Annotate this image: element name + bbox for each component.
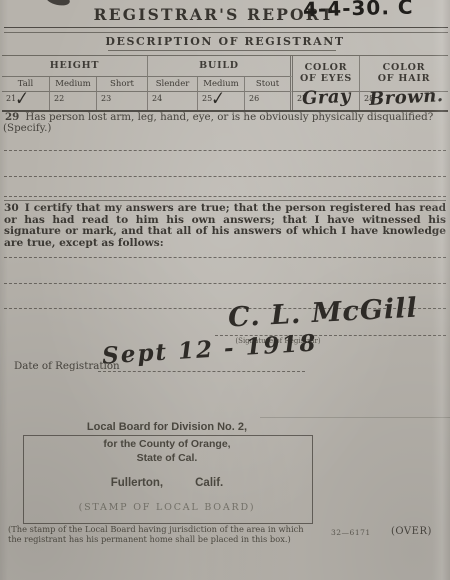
height-group-header: HEIGHT <box>2 56 148 77</box>
answer-ruled-line <box>4 257 446 258</box>
question-30-number: 30 <box>4 202 19 214</box>
cell-number: 24 <box>152 94 162 103</box>
stamp-line-city: Fullerton, Calif. <box>23 477 311 489</box>
registration-date-handwritten: Sept 12 - 1918 <box>101 329 318 369</box>
stamp-line-state: State of Cal. <box>23 452 311 464</box>
eyes-color-handwritten: Gray <box>301 86 351 110</box>
stamp-instruction-note: (The stamp of the Local Board having jur… <box>8 525 310 545</box>
hair-color-handwritten: Brown. <box>369 85 445 110</box>
question-30-text: I certify that my answers are true; that… <box>4 202 446 249</box>
build-group-header: BUILD <box>148 56 293 77</box>
cell-24-slender: 24 <box>148 92 198 110</box>
over-label: (OVER) <box>391 526 432 537</box>
cell-21-tall: 21 ✓ <box>2 92 50 110</box>
answer-ruled-line <box>4 150 446 151</box>
date-line <box>98 371 305 372</box>
cell-25-medium-build: 25 ✓ <box>198 92 245 110</box>
stamp-state-abbrev: Calif. <box>195 477 223 489</box>
subheader-slender: Slender <box>148 77 198 92</box>
cell-28-hair: 28 Brown. <box>360 92 448 110</box>
cell-number: 26 <box>249 94 259 103</box>
answer-ruled-line <box>4 176 446 177</box>
stamp-line-county: for the County of Orange, <box>23 438 311 450</box>
form-number: 32—6171 <box>331 528 371 537</box>
question-29: 29Has person lost arm, leg, hand, eye, o… <box>5 111 448 123</box>
description-table: HEIGHT BUILD COLOR OF EYES COLOR OF HAIR… <box>2 55 448 112</box>
cell-number: 23 <box>101 94 111 103</box>
registrar-report-card: REGISTRAR'S REPORT 4-4-30. C DESCRIPTION… <box>0 0 450 580</box>
stamp-caption: (STAMP OF LOCAL BOARD) <box>23 502 311 513</box>
subheader-stout: Stout <box>245 77 293 92</box>
subheader-short: Short <box>97 77 148 92</box>
subheader-medium-height: Medium <box>50 77 97 92</box>
section-title: DESCRIPTION OF REGISTRANT <box>0 35 450 48</box>
answer-ruled-line <box>4 196 446 197</box>
cell-27-eyes: 27 Gray <box>293 92 360 110</box>
faint-rule <box>260 417 450 418</box>
cell-23-short: 23 <box>97 92 148 110</box>
question-30: 30I certify that my answers are true; th… <box>4 203 446 250</box>
cell-26-stout: 26 <box>245 92 293 110</box>
stamp-city: Fullerton, <box>111 477 163 489</box>
checkmark-tall: ✓ <box>15 87 29 110</box>
checkmark-medium-build: ✓ <box>211 87 225 110</box>
serial-number-handwritten: 4-4-30. C <box>303 0 414 21</box>
cell-22-medium: 22 <box>50 92 97 110</box>
registrar-signature-handwritten: C. L. McGill <box>227 292 438 334</box>
stamp-line-division: Local Board for Division No. 2, <box>23 421 311 433</box>
section-divider <box>4 200 446 201</box>
question-29-text: Has person lost arm, leg, hand, eye, or … <box>25 111 433 123</box>
header-divider <box>4 27 448 33</box>
cell-number: 22 <box>54 94 64 103</box>
section-underline <box>108 50 336 51</box>
answer-ruled-line <box>4 283 446 284</box>
specify-label: (Specify.) <box>3 122 51 134</box>
